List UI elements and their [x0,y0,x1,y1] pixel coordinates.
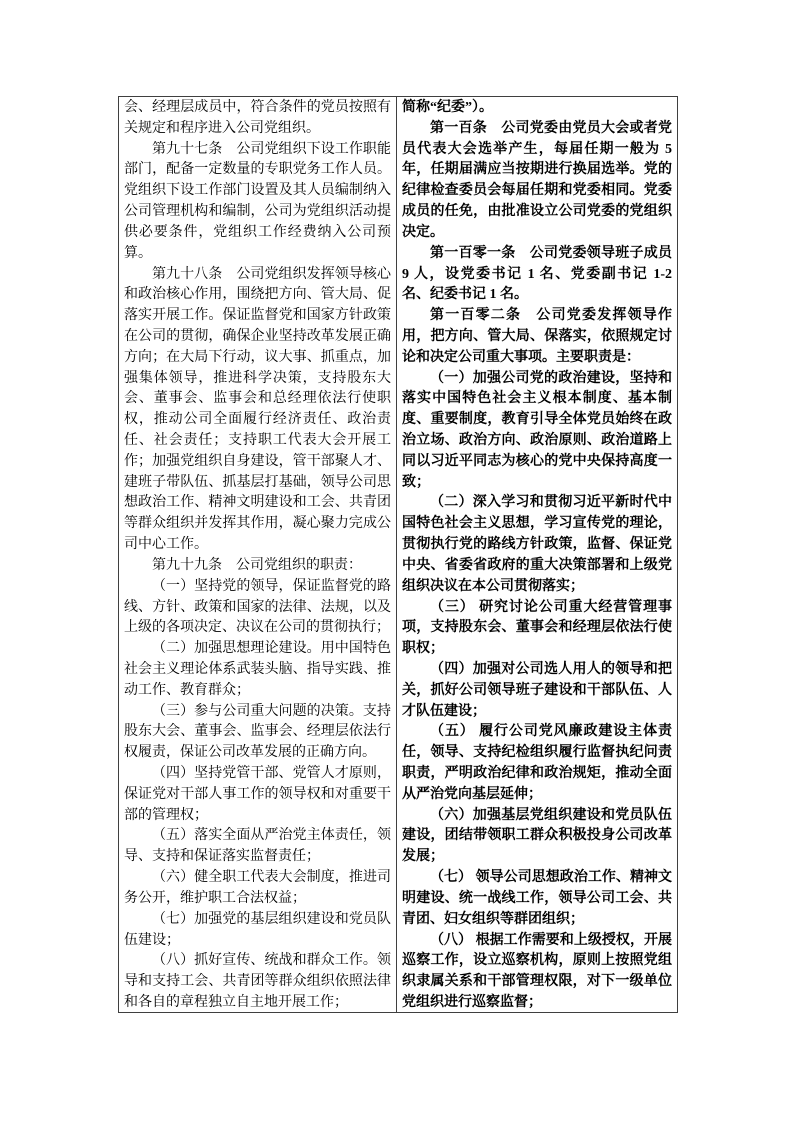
paragraph: （六）健全职工代表大会制度，推进司务公开，维护职工合法权益； [124,868,391,910]
paragraph: 第九十七条 公司党组织下设工作职能部门，配备一定数量的专职党务工作人员。党组织下… [124,140,391,265]
paragraph: 第一百零二条 公司党委发挥领导作用，把方向、管大局、保落实，依照规定讨论和决定公… [402,306,672,368]
paragraph: （一）加强公司党的政治建设，坚持和落实中国特色社会主义根本制度、基本制度、重要制… [402,369,672,494]
paragraph: （五） 履行公司党风廉政建设主体责任，领导、支持纪检组织履行监督执纪问责职责，严… [402,722,672,805]
paragraph: 第九十九条 公司党组织的职责： [124,556,391,577]
document-table: 会、经理层成员中，符合条件的党员按照有关规定和程序进入公司党组织。 第九十七条 … [118,96,678,1013]
paragraph: （六）加强基层党组织建设和党员队伍建设，团结带领职工群众积极投身公司改革发展； [402,806,672,868]
paragraph: （一）坚持党的领导，保证监督党的路线、方针、政策和国家的法律、法规，以及上级的各… [124,577,391,639]
page: { "document": { "left_column": { "paragr… [0,0,794,1122]
left-column: 会、经理层成员中，符合条件的党员按照有关规定和程序进入公司党组织。 第九十七条 … [119,97,397,1012]
paragraph: （二）深入学习和贯彻习近平新时代中国特色社会主义思想，学习宣传党的理论，贯彻执行… [402,493,672,597]
paragraph: （三）参与公司重大问题的决策。支持股东大会、董事会、监事会、经理层依法行权履责，… [124,702,391,764]
paragraph: 第九十八条 公司党组织发挥领导核心和政治核心作用，围绕把方向、管大局、促落实开展… [124,265,391,556]
paragraph: （八）抓好宣传、统战和群众工作。领导和支持工会、共青团等群众组织依照法律和各自的… [124,951,391,1012]
paragraph: （七） 领导公司思想政治工作、精神文明建设、统一战线工作，领导公司工会、共青团、… [402,868,672,930]
paragraph: 会、经理层成员中，符合条件的党员按照有关规定和程序进入公司党组织。 [124,98,391,140]
paragraph: （三） 研究讨论公司重大经营管理事项，支持股东会、董事会和经理层依法行使职权； [402,598,672,660]
paragraph: （二）加强思想理论建设。用中国特色社会主义理论体系武装头脑、指导实践、推动工作、… [124,639,391,701]
paragraph: 第一百条 公司党委由党员大会或者党员代表大会选举产生，每届任期一般为 5 年，任… [402,119,672,244]
paragraph: （七）加强党的基层组织建设和党员队伍建设； [124,910,391,952]
paragraph: （四）加强对公司选人用人的领导和把关，抓好公司领导班子建设和干部队伍、人才队伍建… [402,660,672,722]
paragraph: 第一百零一条 公司党委领导班子成员 9 人，设党委书记 1 名、党委副书记 1-… [402,244,672,306]
paragraph: （四）坚持党管干部、党管人才原则，保证党对干部人事工作的领导权和对重要干部的管理… [124,764,391,826]
paragraph: 简称“纪委”）。 [402,98,672,119]
right-column: 简称“纪委”）。 第一百条 公司党委由党员大会或者党员代表大会选举产生，每届任期… [397,97,677,1012]
paragraph: （五）落实全面从严治党主体责任，领导、支持和保证落实监督责任； [124,826,391,868]
paragraph: （八） 根据工作需要和上级授权，开展巡察工作，设立巡察机构，原则上按照党组织隶属… [402,931,672,1013]
